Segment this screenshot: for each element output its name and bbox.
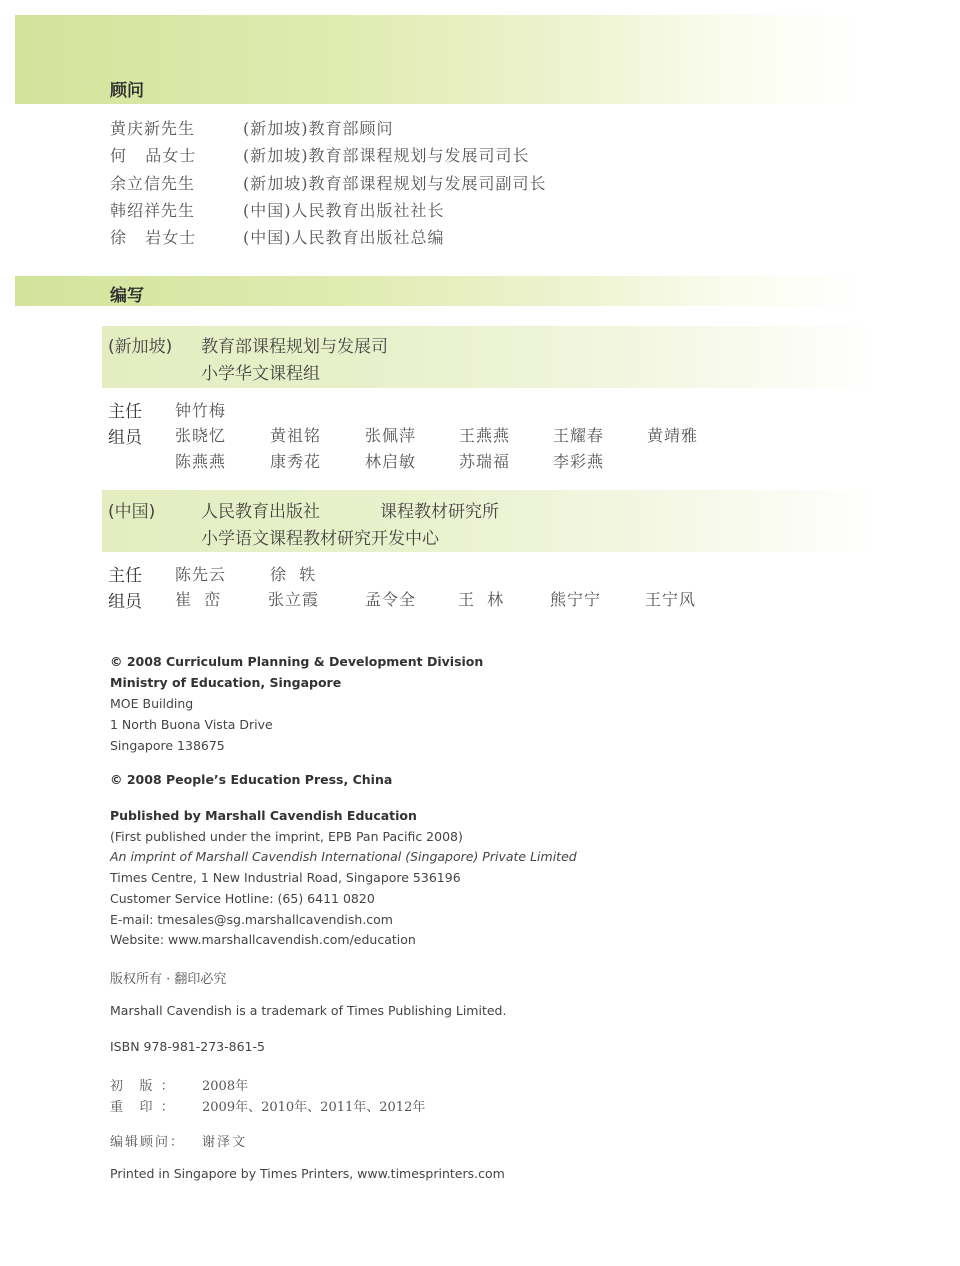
director-name: 钟竹梅 bbox=[175, 398, 226, 421]
reprint-label: 重 印 ： bbox=[110, 1096, 174, 1115]
publisher-line: Published by Marshall Cavendish Educatio… bbox=[110, 808, 417, 823]
member-name: 孟令全 bbox=[365, 587, 416, 610]
advisors-section-title: 顾问 bbox=[110, 76, 144, 101]
publisher-email: E-mail: tmesales@sg.marshallcavendish.co… bbox=[110, 912, 393, 927]
advisor-name: 余立信先生 bbox=[110, 171, 230, 194]
publisher-line: An imprint of Marshall Cavendish Interna… bbox=[110, 849, 577, 864]
member-name: 苏瑞福 bbox=[459, 449, 510, 472]
director-name: 陈先云 bbox=[175, 562, 226, 585]
member-name: 王燕燕 bbox=[459, 423, 510, 446]
advisor-title: (中国)人民教育出版社社长 bbox=[243, 198, 445, 221]
singapore-country-label: (新加坡) bbox=[108, 332, 172, 357]
member-name: 王 林 bbox=[458, 587, 504, 610]
address-line: Singapore 138675 bbox=[110, 738, 225, 753]
singapore-director-label: 主任 bbox=[108, 397, 142, 422]
advisor-name: 何 品女士 bbox=[110, 143, 230, 166]
advisor-name: 韩绍祥先生 bbox=[110, 198, 230, 221]
member-name: 李彩燕 bbox=[553, 449, 604, 472]
writing-section-title: 编写 bbox=[110, 281, 144, 306]
director-name: 徐 轶 bbox=[270, 562, 316, 585]
china-org-line1a: 人民教育出版社 bbox=[201, 497, 320, 522]
member-name: 崔 峦 bbox=[175, 587, 221, 610]
advisor-name: 徐 岩女士 bbox=[110, 225, 230, 248]
advisor-title: (新加坡)教育部顾问 bbox=[243, 116, 394, 139]
china-director-label: 主任 bbox=[108, 561, 142, 586]
member-name: 林启敏 bbox=[365, 449, 416, 472]
singapore-members-label: 组员 bbox=[108, 423, 142, 448]
member-name: 熊宁宁 bbox=[550, 587, 601, 610]
publisher-address: Times Centre, 1 New Industrial Road, Sin… bbox=[110, 870, 461, 885]
member-name: 王耀春 bbox=[553, 423, 604, 446]
first-edition-label: 初 版 ： bbox=[110, 1075, 174, 1094]
editorial-advisor-value: 谢泽文 bbox=[202, 1131, 247, 1150]
address-line: 1 North Buona Vista Drive bbox=[110, 717, 273, 732]
copyright-line: © 2008 Curriculum Planning & Development… bbox=[110, 654, 483, 669]
member-name: 康秀花 bbox=[270, 449, 321, 472]
copyright-line: Ministry of Education, Singapore bbox=[110, 675, 341, 690]
china-org-line2: 小学语文课程教材研究开发中心 bbox=[201, 524, 439, 549]
trademark-notice: Marshall Cavendish is a trademark of Tim… bbox=[110, 1003, 506, 1018]
publisher-line: (First published under the imprint, EPB … bbox=[110, 829, 463, 844]
writing-header-band bbox=[15, 276, 940, 306]
china-org-line1b: 课程教材研究所 bbox=[380, 497, 499, 522]
first-edition-value: 2008年 bbox=[202, 1075, 248, 1094]
publisher-hotline: Customer Service Hotline: (65) 6411 0820 bbox=[110, 891, 375, 906]
rights-notice: 版权所有 · 翻印必究 bbox=[110, 968, 226, 987]
member-name: 黄靖雅 bbox=[647, 423, 698, 446]
china-members-label: 组员 bbox=[108, 587, 142, 612]
china-country-label: (中国) bbox=[108, 497, 155, 522]
advisor-title: (新加坡)教育部课程规划与发展司司长 bbox=[243, 143, 530, 166]
reprint-value: 2009年、2010年、2011年、2012年 bbox=[202, 1096, 425, 1115]
copyright-line-china: © 2008 People’s Education Press, China bbox=[110, 772, 392, 787]
advisor-title: (新加坡)教育部课程规划与发展司副司长 bbox=[243, 171, 547, 194]
member-name: 黄祖铭 bbox=[270, 423, 321, 446]
member-name: 张晓忆 bbox=[175, 423, 226, 446]
advisor-name: 黄庆新先生 bbox=[110, 116, 230, 139]
printer-notice: Printed in Singapore by Times Printers, … bbox=[110, 1166, 505, 1181]
address-line: MOE Building bbox=[110, 696, 193, 711]
advisors-header-band bbox=[15, 15, 940, 104]
advisor-title: (中国)人民教育出版社总编 bbox=[243, 225, 445, 248]
editorial-advisor-label: 编辑顾问： bbox=[110, 1131, 185, 1150]
member-name: 王宁风 bbox=[645, 587, 696, 610]
singapore-org-line1: 教育部课程规划与发展司 bbox=[201, 332, 388, 357]
member-name: 张佩萍 bbox=[365, 423, 416, 446]
singapore-org-line2: 小学华文课程组 bbox=[201, 359, 320, 384]
isbn: ISBN 978-981-273-861-5 bbox=[110, 1039, 265, 1054]
member-name: 陈燕燕 bbox=[175, 449, 226, 472]
member-name: 张立霞 bbox=[268, 587, 319, 610]
publisher-website: Website: www.marshallcavendish.com/educa… bbox=[110, 932, 416, 947]
